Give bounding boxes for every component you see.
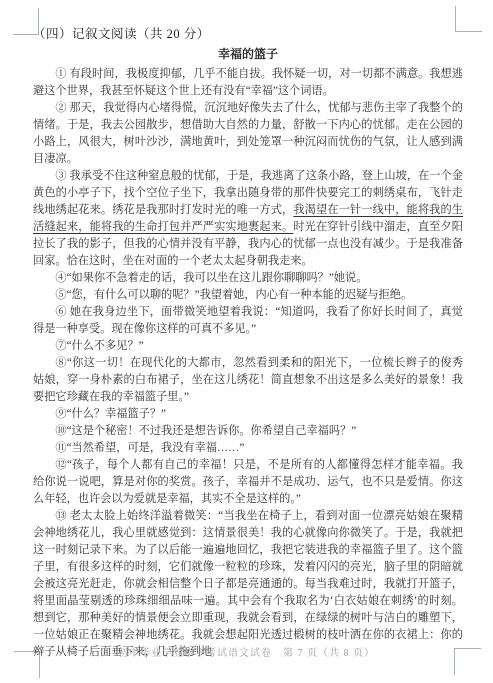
- paragraph-4: ④“如果你不急着走的话，我可以坐在这儿跟你聊聊吗？”她说。: [33, 270, 463, 287]
- paragraph-12: ⑫“孩子，每个人都有自己的幸福！只是，不是所有的人都懂得怎样才能幸福。我给你说一…: [33, 457, 463, 508]
- page-footer: 初中毕业学业水平考试语文试卷 第 7 页（共 8 页）: [0, 644, 493, 659]
- paragraph-10: ⑩“这是个秘密！不过我还是想告诉你。你希望自己幸福吗？”: [33, 423, 463, 440]
- paragraph-6: ⑥ 她在我身边坐下，面带微笑地望着我说：“知道吗，我看了你好长时间了，真觉得是一…: [33, 304, 463, 338]
- paragraph-3: ③ 我承受不住这种窒息般的忧郁，于是，我逃离了这条小路，登上山坡，在一个金黄色的…: [33, 168, 463, 270]
- paragraph-8: ⑧“你这一切！在现代化的大都市，忽然看到柔和的阳光下，一位梳长辫子的俊秀姑娘，穿…: [33, 355, 463, 406]
- paragraph-7: ⑦“什么不多见？”: [33, 338, 463, 355]
- paragraph-2: ② 那天，我觉得内心堵得慌，沉沉地好像失去了什么，忧郁与悲伤主宰了我整个的情绪。…: [33, 100, 463, 168]
- paragraph-5: ⑤“您，有什么可以聊的呢？”我望着她，内心有一种本能的迟疑与拒绝。: [33, 287, 463, 304]
- exam-page: （四）记叙文阅读（共 20 分） 幸福的篮子 ① 有段时间，我极度抑郁，几乎不能…: [0, 0, 493, 683]
- paragraph-1: ① 有段时间，我极度抑郁，几乎不能自拔。我怀疑一切，对一切都不满意。我想逃避这个…: [33, 66, 463, 100]
- paragraph-13: ⑬ 老太太脸上始终洋溢着微笑：“当我坐在椅子上，看到对面一位漂亮姑娘在聚精会神地…: [33, 508, 463, 661]
- passage-title: 幸福的篮子: [33, 46, 463, 62]
- paragraph-9: ⑨“什么？幸福篮子？”: [33, 406, 463, 423]
- reading-passage: （四）记叙文阅读（共 20 分） 幸福的篮子 ① 有段时间，我极度抑郁，几乎不能…: [33, 26, 463, 661]
- section-heading: （四）记叙文阅读（共 20 分）: [33, 26, 463, 42]
- paragraph-11: ⑪“当然希望，可是，我没有幸福……”: [33, 440, 463, 457]
